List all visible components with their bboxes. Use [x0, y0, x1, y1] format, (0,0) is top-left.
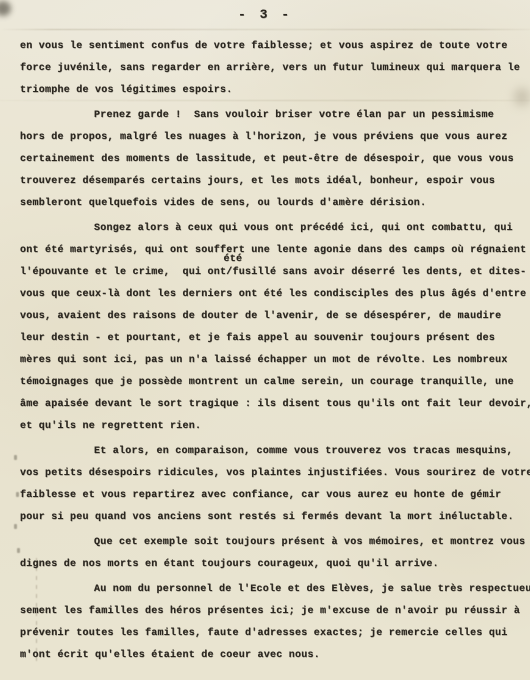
paragraph: Que cet exemple soit toujours présent à … [20, 532, 516, 576]
text-line: sembleront quelquefois vides de sens, ou… [20, 193, 516, 215]
text-segment: fusillé sans avoir déserré les dents, et… [233, 267, 527, 278]
paper-crease-top [0, 29, 530, 30]
text-line: triomphe de vos légitimes espoirs. [20, 80, 516, 102]
text-line: m'ont écrit qu'elles étaient de coeur av… [20, 645, 516, 667]
margin-speck [16, 492, 19, 497]
text-line: Que cet exemple soit toujours présent à … [20, 532, 516, 554]
text-line: hors de propos, malgré les nuages à l'ho… [20, 127, 516, 149]
document-page: - 3 - en vous le sentiment confus de vot… [0, 0, 530, 680]
text-line: vous, avaient des raisons de douter de l… [20, 306, 516, 328]
text-segment: l'épouvante et le crime, qui ont/ [20, 267, 233, 278]
text-line: et qu'ils ne regrettent rien. [20, 416, 516, 438]
document-body: en vous le sentiment confus de votre fai… [20, 36, 516, 670]
text-line: Songez alors à ceux qui vous ont précédé… [20, 218, 516, 240]
paragraph: en vous le sentiment confus de votre fai… [20, 36, 516, 102]
text-line: prévenir toutes les familles, faute d'ad… [20, 623, 516, 645]
text-line: vous que ceux-là dont les derniers ont é… [20, 284, 516, 306]
edge-smudge [514, 88, 530, 106]
text-line: mères qui sont ici, pas un n'a laissé éc… [20, 350, 516, 372]
text-line: pour si peu quand vos anciens sont resté… [20, 507, 516, 529]
margin-speck [14, 455, 17, 460]
text-line: leur destin - et pourtant, et je fais ap… [20, 328, 516, 350]
text-line: force juvénile, sans regarder en arrière… [20, 58, 516, 80]
text-line: dignes de nos morts en étant toujours co… [20, 554, 516, 576]
text-line: témoignages que je possède montrent un c… [20, 372, 516, 394]
text-line: l'épouvante et le crime, qui ont/étéfusi… [20, 262, 516, 284]
text-line: en vous le sentiment confus de votre fai… [20, 36, 516, 58]
page-number: - 3 - [0, 7, 530, 22]
text-line: certainement des moments de lassitude, e… [20, 149, 516, 171]
paragraph: Au nom du personnel de l'Ecole et des El… [20, 579, 516, 667]
text-line: Et alors, en comparaison, comme vous tro… [20, 441, 516, 463]
text-line: âme apaisée devant le sort tragique : il… [20, 394, 516, 416]
margin-speck [14, 524, 17, 529]
paragraph: Songez alors à ceux qui vous ont précédé… [20, 218, 516, 438]
text-line: trouverez désemparés certains jours, et … [20, 171, 516, 193]
text-line: faiblesse et vous repartirez avec confia… [20, 485, 516, 507]
text-line: Prenez garde ! Sans vouloir briser votre… [20, 105, 516, 127]
text-line: ont été martyrisés, qui ont souffert une… [20, 240, 516, 262]
text-line: sement les familles des héros présentes … [20, 601, 516, 623]
interlinear-insertion: été [224, 255, 243, 265]
text-line: vos petits désespoirs ridicules, vos pla… [20, 463, 516, 485]
paragraph: Et alors, en comparaison, comme vous tro… [20, 441, 516, 529]
text-line: Au nom du personnel de l'Ecole et des El… [20, 579, 516, 601]
paragraph: Prenez garde ! Sans vouloir briser votre… [20, 105, 516, 215]
